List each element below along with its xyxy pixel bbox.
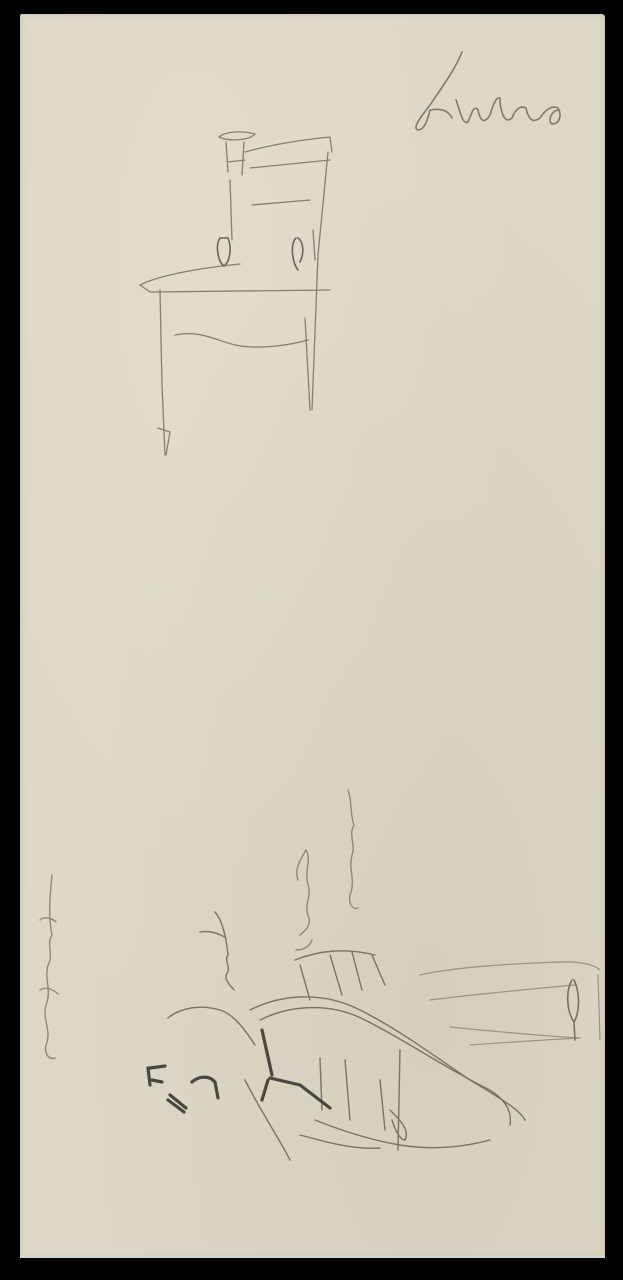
table-sketch: [420, 962, 600, 1045]
dark-pencil-accents: [148, 1030, 330, 1112]
handwriting-left-vertical: [40, 875, 58, 1058]
pencil-sketch: [0, 0, 623, 1280]
handwriting-top-right: [416, 52, 560, 130]
handwriting-center-vertical: [200, 912, 234, 990]
figure-scene-sketch: [168, 951, 525, 1160]
chair-sketch: [140, 132, 332, 455]
handwriting-right-verticals: [296, 790, 358, 950]
